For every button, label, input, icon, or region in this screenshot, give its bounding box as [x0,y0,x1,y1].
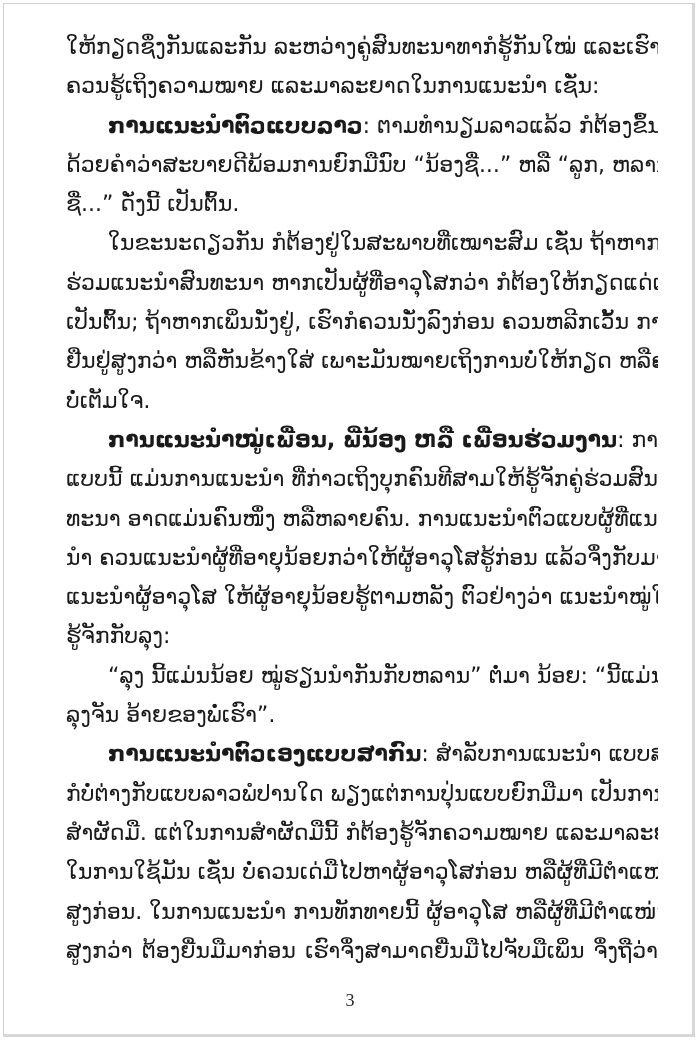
text-line: ຮ່ວມແນະນຳສົນທະນາ ຫາກເປັນຜູ້ທີ່ອາວຸໂສກວ່າ… [66,264,658,303]
text-line: ແບບນີ້ ແມ່ນການແນະນຳ ທີ່ກ່າວເຖິງບຸກຄົນທີສ… [66,460,658,499]
text-line: ເປັນຕົ້ນ; ຖ້າຫາກເພິ່ນນັ່ງຢູ່, ເຮົາກໍຄວນນ… [66,303,658,342]
text-fragment: : ສຳລັບການແນະນຳ ແບບສາກົນ [421,742,658,767]
document-page: ໃຫ້ກຽດຊຶ່ງກັນແລະກັນ ລະຫວ່າງຄູ່ສົນທະນາທາກ… [3,3,695,1037]
section-heading-line: ການແນະນຳຕົວເອງແບບສາກົນ: ສຳລັບການແນະນຳ ແບ… [66,735,658,774]
quote-line: ລຸງຈັນ ອ້າຍຂອງພໍ່ເຮົາ”. [66,696,658,735]
section-heading-international-introduction: ການແນະນຳຕົວເອງແບບສາກົນ [108,742,421,767]
text-line: ນຳ ຄວນແນະນຳຜູ້ທີ່ອາຍຸນ້ອຍກວ່າໃຫ້ຜູ້ອາວຸໂ… [66,539,658,578]
text-line: ໃຫ້ກຽດຊຶ່ງກັນແລະກັນ ລະຫວ່າງຄູ່ສົນທະນາທາກ… [66,28,658,67]
body-text: ໃຫ້ກຽດຊຶ່ງກັນແລະກັນ ລະຫວ່າງຄູ່ສົນທະນາທາກ… [66,28,658,971]
text-line: ສູງກວ່າ ຕ້ອງຍື່ນມືມາກ່ອນ ເຮົາຈຶ່ງສາມາດຍື… [66,932,658,971]
text-line: ກໍບໍ່ຕ່າງກັບແບບລາວພໍປານໃດ ພຽງແຕ່ການປຸ່ນແ… [66,775,658,814]
text-line: ຊື່...” ດັ່ງນີ້ ເປັນຕົ້ນ. [66,185,658,224]
quote-line: “ລຸງ ນີ້ແມ່ນນ້ອຍ ໝູ່ຮຽນນຳກັນກັບຫລານ” ຕໍ່… [66,657,658,696]
text-line: ດ້ວຍຄຳວ່າສະບາຍດີພ້ອມການຍົກມືນົບ “ນ້ອງຊື່… [66,146,658,185]
section-heading-line: ການແນະນຳຕົວແບບລາວ: ຕາມທຳນຽມລາວແລ້ວ ກໍຕ້ອ… [66,107,658,146]
text-line: ໃນການໃຊ້ມັນ ເຊັ່ນ ບໍ່ຄວນເດ່ມືໄປຫາຜູ້ອາວຸ… [66,853,658,892]
text-line: ບໍ່ເຕັມໃຈ. [66,382,658,421]
text-line: ສູງກ່ອນ. ໃນການແນະນຳ ການທັກທາຍນີ້ ຜູ້ອາວຸ… [66,893,658,932]
text-line: ຮູ້ຈັກກັບລຸງ: [66,617,658,656]
section-heading-friends-introduction: ການແນະນຳໝູ່ເພື່ອນ, ພີ່ນ້ອງ ຫລື ເພື່ອນຮ່ວ… [108,428,617,453]
page-number: 3 [4,990,696,1011]
text-line: ຢືນຢູ່ສູງກວ່າ ຫລືຫັນຂ້າງໃສ່ ເພາະມັນໝາຍເຖ… [66,342,658,381]
section-heading-line: ການແນະນຳໝູ່ເພື່ອນ, ພີ່ນ້ອງ ຫລື ເພື່ອນຮ່ວ… [66,421,658,460]
text-line: ໃນຂະນະດຽວກັນ ກໍຕ້ອງຢູ່ໃນສະພາບທີ່ເໝາະສົມ … [66,224,658,263]
text-line: ຄວນຮູ້ເຖິງຄວາມໝາຍ ແລະມາລະຍາດໃນການແນະນຳ ເ… [66,67,658,106]
text-fragment: : ຕາມທຳນຽມລາວແລ້ວ ກໍຕ້ອງຂຶ້ນຕົ້ນ [363,114,658,139]
text-line: ທະນາ ອາດແມ່ນຄົນໜຶ່ງ ຫລືຫລາຍຄົນ. ການແນະນຳ… [66,500,658,539]
text-line: ສຳຜັດມື. ແຕ່ໃນການສຳຜັດມືນີ້ ກໍຕ້ອງຮູ້ຈັກ… [66,814,658,853]
text-line: ແນະນຳຜູ້ອາວຸໂສ ໃຫ້ຜູ້ອາຍຸນ້ອຍຮູ້ຕາມຫລັງ … [66,578,658,617]
text-fragment: : ການແນະນຳ [617,428,658,453]
section-heading-lao-introduction: ການແນະນຳຕົວແບບລາວ [108,114,363,139]
